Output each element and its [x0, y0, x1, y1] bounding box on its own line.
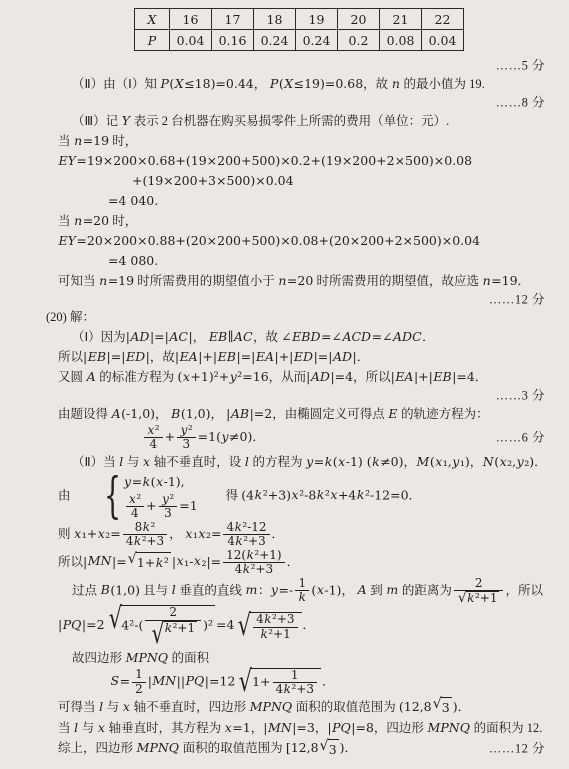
scanned-answer-page: { "page": {"background": "#e9e8e5", "tex… [0, 0, 569, 769]
table-value-cell: 0.24 [254, 30, 296, 51]
math-text: MPNQ [136, 740, 179, 755]
fraction-denominator: 4 [126, 506, 145, 520]
table-header-cell: X [135, 9, 170, 30]
cjk-text: ． [272, 527, 285, 541]
math-text: EY=19×200×0.68+(19×200+500)×0.2+(19×200+… [58, 153, 472, 168]
cjk-text: ， [211, 407, 227, 421]
math-text: 1 [298, 576, 306, 590]
cjk-text: 由 [58, 488, 71, 502]
math-text: |x₁-x₂|= [172, 553, 221, 568]
system-row: y=k(x-1), [124, 472, 198, 492]
math-text: k²+1 [260, 627, 291, 641]
cjk-text: ， [315, 721, 328, 735]
cjk-text: ， [404, 455, 417, 469]
table-row: P0.040.160.240.240.20.080.04 [135, 30, 464, 51]
math-text: 2 [169, 605, 177, 619]
table-value-cell: 17 [212, 9, 254, 30]
math-text: 12(k²+1) [226, 548, 281, 562]
radicand: k²+1 [466, 591, 500, 605]
math-text: + [146, 498, 156, 513]
fraction-denominator: 2 [132, 682, 146, 696]
table-value-cell: 19 [296, 9, 338, 30]
math-text: y=k(x-1) (k≠0) [306, 454, 404, 469]
cjk-text: ， [251, 721, 264, 735]
cjk-text: ． [475, 370, 488, 384]
score-marker: ……6 分 [496, 428, 545, 447]
math-text: |MN|=3 [263, 720, 315, 735]
math-text: |AB|=2 [226, 406, 272, 421]
cjk-text: 轴垂直时，其方程为 [105, 721, 224, 735]
math-text: S= [110, 673, 130, 688]
score-marker: ……12 分 [489, 739, 545, 758]
text-line: =4 040. [108, 191, 545, 211]
text-line: +(19×200+3×500)×0.04 [132, 171, 545, 191]
text-line: x²4+y²3=1(y≠0)．……6 分 [142, 424, 545, 452]
radical-sign: √ [108, 605, 121, 633]
fraction: x²4 [144, 424, 163, 452]
fraction: 2√k²+1 [454, 577, 504, 606]
fraction-numerator: 4k²-12 [223, 521, 269, 534]
solution-text: ……5 分（Ⅱ）由（Ⅰ）知 P(X≤18)=0.44， P(X≤19)=0.68… [46, 57, 545, 760]
math-text: + [165, 429, 175, 444]
math-text: EY=20×200×0.88+(20×200+500)×0.08+(20×200… [58, 233, 480, 248]
text-line: |PQ|=2√4²-(2√k²+1)²=4√4k²+3k²+1． [58, 605, 545, 647]
text-line: （Ⅱ）由（Ⅰ）知 P(X≤18)=0.44， P(X≤19)=0.68，故 n … [72, 74, 545, 94]
cjk-text: 的最小值为 19. [400, 77, 484, 91]
cjk-text: ． [422, 330, 435, 344]
math-text: B(1,0) [100, 582, 140, 597]
math-text: (x+1)²+y²=16 [177, 369, 268, 384]
text-line: 综上，四边形 MPNQ 面积的取值范围为 [12,8√3)．……12 分 [58, 738, 545, 760]
cjk-text: 所以 [58, 350, 83, 364]
math-text: x [143, 454, 151, 469]
text-line: 过点 B(1,0) 且与 l 垂直的直线 m：y=-1k(x-1)， A 到 m… [72, 577, 545, 606]
cjk-text: 到 [367, 583, 386, 597]
text-line: ……3 分 [58, 387, 545, 404]
text-line: 可得当 l 与 x 轴不垂直时，四边形 MPNQ 面积的取值范围为 (12,8√… [58, 697, 545, 719]
score-marker: ……12 分 [489, 291, 545, 308]
probability-distribution-table: X16171819202122P0.040.160.240.240.20.080… [134, 8, 464, 51]
cjk-text: 时所需费用的期望值小于 [134, 274, 278, 288]
text-line: ……8 分 [58, 94, 545, 111]
cjk-text: 与 [124, 455, 143, 469]
text-line: 则 x₁+x₂=8k²4k²+3， x₁x₂=4k²-124k²+3． [58, 521, 545, 549]
radicand: 1+k² [136, 552, 171, 573]
fraction-numerator: x² [126, 493, 145, 506]
cjk-text: ． [409, 488, 422, 502]
math-text: (12,8 [399, 699, 432, 714]
cjk-text: ． [518, 274, 531, 288]
math-text: 2 [135, 682, 143, 696]
cjk-text: 时， [109, 134, 137, 148]
radical: √4²-(2√k²+1)² [106, 605, 215, 647]
left-brace: { [103, 476, 120, 517]
math-text: |MN|= [83, 553, 127, 568]
cjk-text: 的轨迹方程为： [398, 407, 489, 421]
math-text: 4k²-12 [226, 520, 266, 534]
math-text: =1 [179, 498, 197, 513]
text-line: 又圆 A 的标准方程为 (x+1)²+y²=16，从而|AD|=4，所以|EA|… [58, 367, 545, 387]
text-line: 当 l 与 x 轴垂直时，其方程为 x=1，|MN|=3，|PQ|=8，四边形 … [58, 718, 545, 738]
math-text: 8k² [135, 520, 156, 534]
table-value-cell: 0.2 [338, 30, 380, 51]
fraction-denominator: √k²+1 [454, 590, 504, 605]
math-text: x² [147, 423, 160, 437]
radicand: k²+1 [163, 621, 197, 635]
math-text: x² [129, 492, 142, 506]
table-value-cell: 20 [338, 9, 380, 30]
fraction-denominator: 4k²+3 [223, 534, 269, 548]
cjk-text: ． [287, 554, 300, 568]
text-line: 由题设得 A(-1,0)， B(1,0)， |AB|=2，由椭圆定义可得点 E … [58, 404, 545, 424]
radical: √k²+1 [458, 591, 500, 605]
math-text: 4 [149, 437, 157, 451]
equation-system: {y=k(x-1),x²4+y²3=1 [97, 472, 198, 521]
cjk-text: 面积的取值范围为 [293, 700, 399, 714]
fraction-numerator: 1 [132, 668, 146, 681]
math-text: =4 080. [108, 253, 158, 268]
fraction: 12(k²+1)4k²+3 [223, 549, 284, 577]
cjk-text: ，故 [253, 330, 281, 344]
cjk-text: 垂直的直线 [176, 583, 245, 597]
system-rows: y=k(x-1),x²4+y²3=1 [124, 472, 198, 521]
math-text: 1+k² [137, 555, 169, 570]
math-text: x₁x₂= [185, 526, 222, 541]
cjk-text: ， [341, 583, 357, 597]
cjk-text: ． [252, 430, 265, 444]
math-text: n=19 [482, 273, 517, 288]
math-text: MPNQ [427, 720, 470, 735]
table-value-cell: 21 [380, 9, 422, 30]
fraction: 1k [295, 577, 309, 605]
math-text: y² [162, 492, 175, 506]
fraction-denominator: k [295, 590, 309, 604]
text-line: 由{y=k(x-1),x²4+y²3=1得 (4k²+3)x²-8k²x+4k²… [58, 472, 545, 521]
table-value-cell: 0.04 [170, 30, 212, 51]
radical-sign: √ [152, 621, 165, 648]
fraction-numerator: x² [144, 424, 163, 437]
cjk-text: 的距离为 [399, 583, 452, 597]
fraction-numerator: 1 [273, 669, 317, 682]
fraction: 14k²+3 [273, 669, 317, 697]
text-line: ……5 分 [58, 57, 545, 74]
cjk-text: 当 [58, 214, 74, 228]
cjk-text: ． [534, 455, 547, 469]
fraction: 12 [132, 668, 146, 696]
math-text: 3 [164, 506, 172, 520]
math-text: n=20 [278, 273, 313, 288]
score-marker: ……3 分 [496, 387, 545, 404]
cjk-text: ，所以 [353, 370, 391, 384]
math-text: k²+1 [164, 621, 195, 635]
math-text: (4k²+3)x²-8k²x+4k²-12=0 [241, 487, 408, 502]
cjk-text: ，故 [363, 77, 391, 91]
cjk-text: ，所以 [505, 583, 543, 597]
math-text: EB∥AC [208, 329, 253, 344]
fraction-denominator: 4k²+3 [273, 682, 317, 696]
table-value-cell: 16 [170, 9, 212, 30]
text-line: EY=19×200×0.68+(19×200+500)×0.2+(19×200+… [58, 151, 545, 171]
cjk-text: ， [169, 527, 185, 541]
radicand: 3 [328, 739, 339, 760]
radical: √3 [433, 697, 452, 718]
fraction: x²4 [126, 493, 145, 521]
cjk-text: ． [458, 700, 471, 714]
cjk-text: 时， [109, 214, 137, 228]
cjk-text: ． [357, 350, 370, 364]
fraction-denominator: 4k²+3 [223, 562, 284, 576]
radical: √3 [320, 739, 339, 760]
cjk-text: ，四边形 [374, 721, 427, 735]
text-line: 当 n=20 时， [58, 211, 545, 231]
math-text: x₁+x₂= [74, 526, 121, 541]
cjk-text: 的面积为 12. [470, 721, 542, 735]
math-text: |PQ|=8 [327, 720, 374, 735]
cjk-text: 当 [58, 721, 74, 735]
fraction: y²3 [177, 424, 196, 452]
text-line: 可知当 n=19 时所需费用的期望值小于 n=20 时所需费用的期望值，故应选 … [58, 271, 545, 291]
math-text: 1 [291, 668, 299, 682]
math-text: P(X≤18)=0.44 [160, 76, 254, 91]
math-text: m [386, 582, 399, 597]
math-text: k²+1 [467, 591, 498, 605]
cjk-text: 与 [79, 721, 98, 735]
math-text: B(1,0) [171, 406, 211, 421]
math-text: |AD|=|AC| [126, 329, 193, 344]
text-line: EY=20×200×0.88+(20×200+500)×0.08+(20×200… [58, 231, 545, 251]
math-text: [12,8 [286, 740, 319, 755]
math-text: 3 [329, 742, 337, 757]
cjk-text: (20) 解： [46, 310, 95, 324]
cjk-text: （Ⅰ）因为 [72, 330, 126, 344]
text-line: ……12 分 [58, 291, 545, 308]
math-text: |MN||PQ|=12 [148, 673, 236, 688]
math-text: E [388, 406, 398, 421]
cjk-text: 又圆 [58, 370, 86, 384]
math-text: MPNQ [125, 650, 168, 665]
cjk-text: ，由椭圆定义可得点 [272, 407, 388, 421]
math-text: 3 [183, 437, 191, 451]
system-row: x²4+y²3=1 [124, 493, 198, 521]
cjk-text: 轴不垂直时，四边形 [130, 700, 249, 714]
text-line: （Ⅲ）记 Y 表示 2 台机器在购买易损零件上所需的费用（单位：元）. [72, 111, 545, 131]
math-text: 3 [442, 700, 450, 715]
text-line: (20) 解： [46, 308, 545, 327]
math-text: y=- [270, 582, 293, 597]
table-value-cell: 0.24 [296, 30, 338, 51]
math-text: k [298, 590, 306, 604]
math-text: n=19 [99, 273, 134, 288]
cjk-text: 与 [104, 700, 123, 714]
cjk-text: 故四边形 [72, 651, 125, 665]
radicand: 4²-(2√k²+1)² [120, 605, 215, 647]
math-text: 4k²+3 [235, 562, 273, 576]
fraction: y²3 [159, 493, 178, 521]
fraction-numerator: y² [159, 493, 178, 506]
cjk-text: 面积的取值范围为 [180, 741, 286, 755]
cjk-text: 由题设得 [58, 407, 111, 421]
math-text: |EB|=|ED| [83, 349, 150, 364]
math-text: ∠EBD=∠ACD=∠ADC [281, 329, 422, 344]
cjk-text: 可知当 [58, 274, 99, 288]
radicand: 3 [441, 697, 452, 718]
math-text: m [245, 582, 258, 597]
math-text: =4 040. [108, 193, 158, 208]
text-line: 当 n=19 时， [58, 131, 545, 151]
math-text: =4 [216, 617, 234, 632]
fraction-denominator: √k²+1 [145, 620, 201, 648]
text-line: S=12|MN||PQ|=12√1+14k²+3． [110, 668, 545, 697]
radical-sign: √ [238, 612, 251, 640]
cjk-text: ： [258, 583, 271, 597]
math-text: 4k²+3 [256, 612, 294, 626]
cjk-text: 得 [226, 488, 242, 502]
cjk-text: ，故 [150, 350, 175, 364]
math-text: MPNQ [249, 699, 292, 714]
cjk-text: 可得当 [58, 700, 99, 714]
cjk-text: 表示 2 台机器在购买易损零件上所需的费用（单位：元）. [131, 114, 450, 128]
fraction-denominator: k²+1 [253, 627, 297, 641]
math-text: |AD|=4 [306, 369, 353, 384]
cjk-text: 则 [58, 527, 74, 541]
cjk-text: 的面积 [169, 651, 210, 665]
text-line: （Ⅱ）当 l 与 x 轴不垂直时，设 l 的方程为 y=k(x-1) (k≠0)… [72, 452, 545, 472]
fraction-denominator: 4 [144, 437, 163, 451]
math-text: 1 [135, 667, 143, 681]
cjk-text: ，从而 [269, 370, 307, 384]
cjk-text: 的标准方程为 [96, 370, 177, 384]
table-value-cell: 22 [422, 9, 464, 30]
table-header-cell: P [135, 30, 170, 51]
math-text: 2 [475, 576, 483, 590]
math-text: A(-1,0) [111, 406, 155, 421]
distribution-table-body: X16171819202122P0.040.160.240.240.20.080… [135, 9, 464, 51]
fraction-numerator: y² [177, 424, 196, 437]
math-text: 4k²+3 [227, 534, 265, 548]
math-text: =1(y≠0) [198, 429, 253, 444]
radical: √1+14k²+3 [236, 668, 321, 697]
fraction-numerator: 8k² [123, 521, 167, 534]
math-text: M(x₁,y₁) [416, 454, 470, 469]
fraction-numerator: 2 [454, 577, 504, 590]
fraction-denominator: 3 [159, 506, 178, 520]
fraction-denominator: 4k²+3 [123, 534, 167, 548]
cjk-text: （Ⅲ）记 [72, 114, 121, 128]
math-text: n=19 [74, 133, 109, 148]
cjk-text: ， [254, 77, 270, 91]
math-text: (x-1) [311, 582, 341, 597]
math-text: n=20 [74, 213, 109, 228]
math-text: 4k²+3 [126, 534, 164, 548]
text-line: =4 080. [108, 251, 545, 271]
cjk-text: 当 [58, 134, 74, 148]
fraction-numerator: 1 [295, 577, 309, 590]
text-line: 故四边形 MPNQ 的面积 [72, 648, 545, 668]
cjk-text: 时所需费用的期望值，故应选 [313, 274, 482, 288]
score-marker: ……8 分 [496, 94, 545, 111]
math-text: Y [121, 113, 130, 128]
radical: √1+k² [128, 552, 171, 573]
math-text: |EA|+|EB|=|EA|+|ED|=|AD| [175, 349, 357, 364]
math-text: A [357, 582, 367, 597]
text-line: （Ⅰ）因为|AD|=|AC|， EB∥AC，故 ∠EBD=∠ACD=∠ADC． [72, 327, 545, 347]
radicand: 4k²+3k²+1 [250, 612, 301, 641]
math-text: +(19×200+3×500)×0.04 [132, 173, 294, 188]
math-text: 4 [131, 506, 139, 520]
fraction: 2√k²+1 [145, 606, 201, 647]
cjk-text: 所以 [58, 554, 83, 568]
cjk-text: 综上，四边形 [58, 741, 136, 755]
math-text: |EA|+|EB|=4 [391, 369, 475, 384]
math-text: A [86, 369, 96, 384]
cjk-text: ， [155, 407, 171, 421]
math-text: |PQ|=2 [58, 617, 105, 632]
fraction: 4k²-124k²+3 [223, 521, 269, 549]
table-value-cell: 0.16 [212, 30, 254, 51]
cjk-text: ． [322, 674, 335, 688]
text-line: 所以|MN|=√1+k²|x₁-x₂|=12(k²+1)4k²+3． [58, 549, 545, 577]
math-text: y=k(x-1), [124, 474, 185, 489]
text-line: 所以|EB|=|ED|，故|EA|+|EB|=|EA|+|ED|=|AD|． [58, 347, 545, 367]
math-text: y² [180, 423, 193, 437]
math-text: )² [203, 618, 213, 633]
math-text: N(x₂,y₂) [482, 454, 534, 469]
fraction-numerator: 12(k²+1) [223, 549, 284, 562]
document-page: X16171819202122P0.040.160.240.240.20.080… [0, 0, 569, 769]
fraction-numerator: 4k²+3 [253, 613, 297, 626]
table-value-cell: 18 [254, 9, 296, 30]
cjk-text: ． [345, 741, 358, 755]
table-row: X16171819202122 [135, 9, 464, 30]
cjk-text: 轴不垂直时，设 [151, 455, 245, 469]
fraction: 8k²4k²+3 [123, 521, 167, 549]
cjk-text: （Ⅱ）由（Ⅰ）知 [72, 77, 160, 91]
math-text: 4²-( [121, 618, 143, 633]
cjk-text: 且与 [140, 583, 171, 597]
math-text: P(X≤19)=0.68 [269, 76, 363, 91]
score-marker: ……5 分 [496, 57, 545, 74]
radicand: 1+14k²+3 [251, 668, 321, 697]
table-value-cell: 0.08 [380, 30, 422, 51]
fraction: 4k²+3k²+1 [253, 613, 297, 641]
cjk-text: 过点 [72, 583, 100, 597]
cjk-text: ， [193, 330, 209, 344]
fraction-denominator: 3 [177, 437, 196, 451]
radical: √4k²+3k²+1 [235, 612, 301, 641]
math-text: x=1 [224, 720, 251, 735]
radical-sign: √ [239, 668, 252, 696]
table-value-cell: 0.04 [422, 30, 464, 51]
math-text: 1+ [252, 673, 270, 688]
radical: √k²+1 [149, 621, 197, 648]
math-text: 4k²+3 [276, 682, 314, 696]
cjk-text: ， [470, 455, 483, 469]
cjk-text: 的方程为 [249, 455, 305, 469]
cjk-text: ． [303, 618, 316, 632]
